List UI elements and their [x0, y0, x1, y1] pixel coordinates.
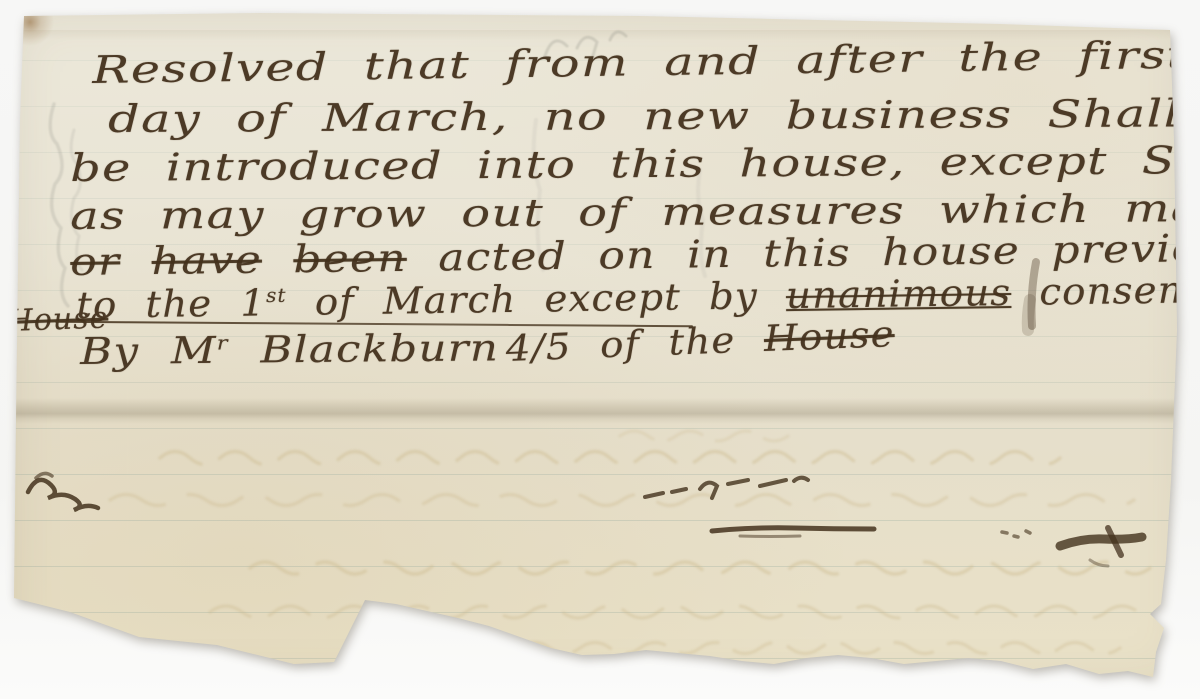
scan-background: Resolved that from and after the first d… — [0, 0, 1200, 699]
fold-crease — [0, 398, 1200, 424]
manuscript-text-segment: or — [70, 239, 120, 284]
manuscript-text-segment: have — [151, 238, 262, 283]
manuscript-text-segment: Blackburn — [260, 326, 499, 371]
manuscript-text-segment: r — [217, 331, 229, 354]
manuscript-text-segment: unanimous — [786, 271, 1012, 317]
manuscript-text-segment: day of March, no new business Shall — [108, 91, 1181, 141]
manuscript-line: day of March, no new business Shall — [108, 91, 1181, 141]
manuscript-text-segment: House — [763, 314, 895, 360]
manuscript-paper: Resolved that from and after the first d… — [0, 0, 1200, 699]
manuscript-text-segment: of March except by — [315, 274, 759, 323]
manuscript-text-segment: By M — [80, 329, 217, 373]
manuscript-text-segment: been — [293, 236, 407, 281]
manuscript-line: be introduced into this house, except Su… — [70, 138, 1200, 190]
manuscript-byline: By Mr Blackburn — [80, 326, 499, 373]
manuscript-text-segment: consent — [1039, 268, 1200, 313]
manuscript-text-segment: st — [266, 284, 287, 307]
paper-shadow: Resolved that from and after the first d… — [0, 0, 1200, 699]
manuscript-text-segment: be introduced into this house, except Su… — [70, 138, 1200, 190]
